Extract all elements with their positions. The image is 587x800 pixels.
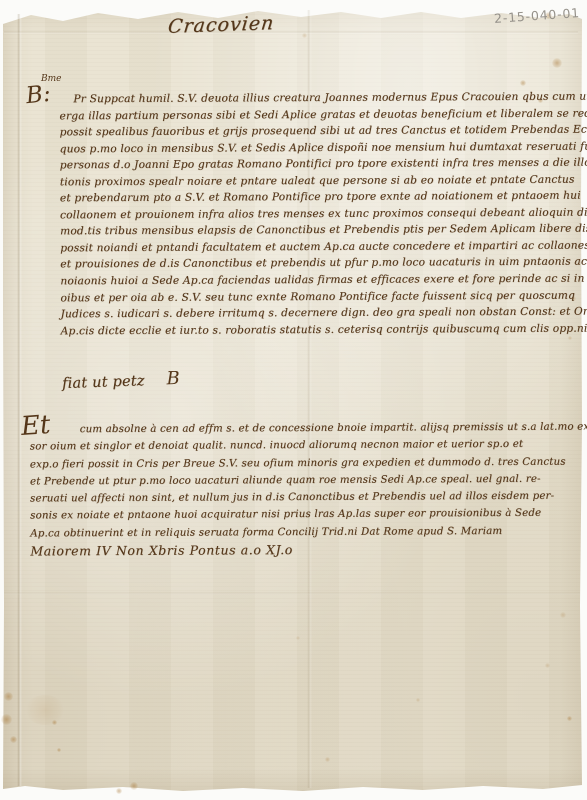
- foxing-stain: [560, 612, 566, 618]
- foxing-stain: [296, 636, 300, 640]
- margin-note-large: B:: [25, 81, 52, 109]
- fiat-initial: B: [166, 368, 180, 389]
- foxing-stain: [302, 33, 307, 38]
- fiat-clause: fiat ut petzB: [62, 368, 180, 393]
- foxing-stain: [552, 58, 562, 68]
- manuscript-line: noiaonis huioi a Sede Ap.ca faciendas ua…: [60, 271, 568, 290]
- foxing-stain: [1, 714, 12, 725]
- document-title: Cracovien: [167, 12, 276, 38]
- petition-paragraph: Pr Suppcat humil. S.V. deuota illius cre…: [59, 89, 568, 340]
- crease-middle: [4, 592, 580, 595]
- fiat-text: fiat ut petz: [62, 373, 145, 392]
- clausulae-paragraph: cum absolne à cen ad effm s. et de conce…: [30, 419, 583, 560]
- foxing-stain: [545, 663, 550, 668]
- foxing-stain: [57, 748, 61, 752]
- manuscript-line: Pr Suppcat humil. S.V. deuota illius cre…: [59, 89, 567, 108]
- foxing-stain: [416, 698, 420, 702]
- foxing-stain: [325, 757, 330, 762]
- foxing-stain: [4, 692, 13, 701]
- foxing-stain: [130, 782, 138, 790]
- manuscript-line: Ap.ca obtinuerint et in reliquis seruata…: [30, 522, 582, 542]
- foxing-stain: [520, 80, 526, 86]
- foxing-stain: [10, 736, 17, 743]
- manuscript-photo: Cracovien 2-15-040-01 Bme B: Pr Suppcat …: [0, 0, 587, 800]
- foxing-stain: [567, 716, 572, 721]
- foxing-stain: [116, 788, 122, 794]
- fold-crease-left: [17, 14, 22, 786]
- crease-top: [4, 31, 578, 34]
- manuscript-line: Maiorem IV Non Xbris Pontus a.o XJ.o: [30, 540, 582, 560]
- foxing-stain: [25, 695, 65, 725]
- manuscript-line: Ap.cis dicte ecclie et iur.to s. roborat…: [61, 320, 569, 339]
